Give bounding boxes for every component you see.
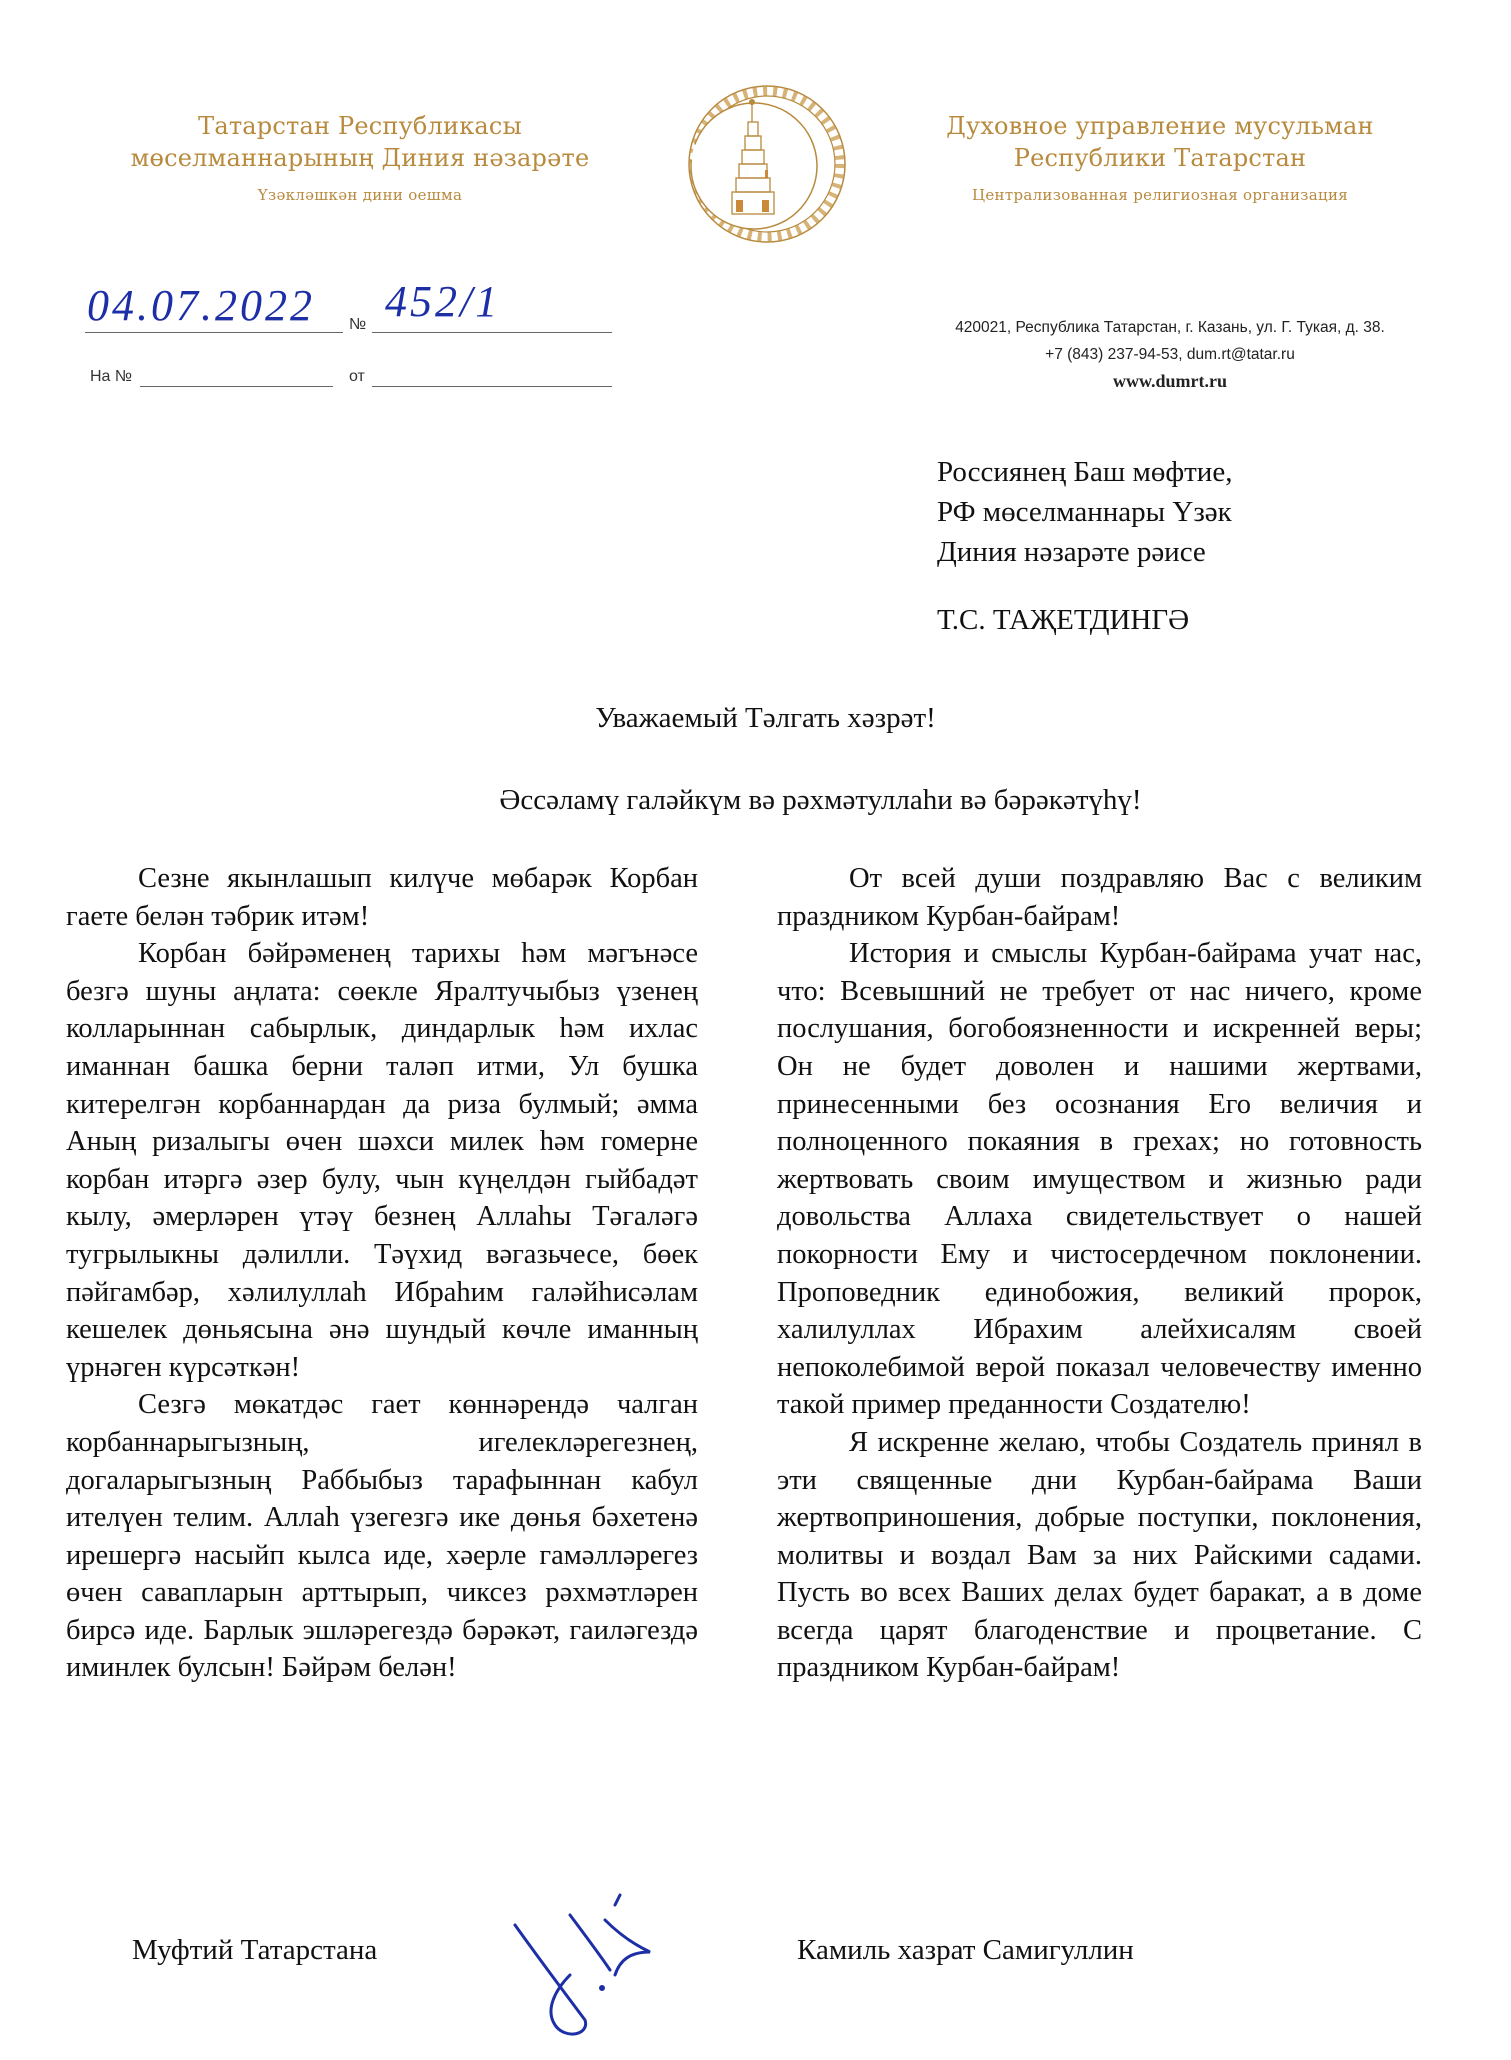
letterhead-tatar-title-2: мөселманнарының Диния нәзарәте bbox=[80, 142, 640, 174]
signer-position: Муфтий Татарстана bbox=[132, 1934, 377, 1967]
registration-block: 04.07.2022 № 452/1 На № от bbox=[85, 280, 645, 390]
outgoing-date: 04.07.2022 bbox=[87, 280, 315, 331]
tatar-paragraph: Сезгә мөкатдәс гает көннәрендә чалган ко… bbox=[66, 1386, 698, 1687]
letterhead-russian-title-2: Республики Татарстан bbox=[880, 142, 1440, 174]
reply-to-label: На № bbox=[90, 368, 132, 386]
recipient-block: Россиянең Баш мөфтие, РФ мөселманнары Үз… bbox=[937, 452, 1232, 640]
greeting: Уважаемый Тәлгать хәзрәт! bbox=[0, 702, 1511, 735]
letterhead-tatar-title-1: Татарстан Республикасы bbox=[80, 110, 640, 142]
handwritten-signature-icon bbox=[510, 1890, 730, 2040]
letterhead-russian-subtitle: Централизованная религиозная организация bbox=[880, 184, 1440, 206]
number-label: № bbox=[349, 316, 366, 334]
tatar-text-column: Сезне якынлашып килүче мөбарәк Корбан га… bbox=[66, 860, 698, 1687]
website-link[interactable]: www.dumrt.ru bbox=[900, 368, 1440, 395]
recipient-line-3: Диния нәзарәте рәисе bbox=[937, 532, 1232, 572]
tatar-paragraph: Сезне якынлашып килүче мөбарәк Корбан га… bbox=[66, 860, 698, 935]
tatar-paragraph: Корбан бәйрәменең тарихы һәм мәгънәсе бе… bbox=[66, 935, 698, 1386]
date-underline bbox=[85, 332, 343, 333]
contact-block: 420021, Республика Татарстан, г. Казань,… bbox=[900, 314, 1440, 395]
russian-text-column: От всей души поздравляю Вас с великим пр… bbox=[777, 860, 1422, 1687]
address: 420021, Республика Татарстан, г. Казань,… bbox=[900, 314, 1440, 341]
recipient-line-1: Россиянең Баш мөфтие, bbox=[937, 452, 1232, 492]
outgoing-number: 452/1 bbox=[385, 276, 500, 327]
letterhead-tatar: Татарстан Республикасы мөселманнарының Д… bbox=[80, 110, 640, 206]
from-underline bbox=[372, 386, 612, 387]
reply-to-underline bbox=[140, 386, 333, 387]
crescent-minaret-emblem-icon bbox=[672, 82, 847, 247]
letterhead-tatar-subtitle: Үзәкләшкән дини оешма bbox=[80, 184, 640, 206]
letterhead-russian: Духовное управление мусульман Республики… bbox=[880, 110, 1440, 206]
russian-paragraph: История и смыслы Курбан-байрама учат нас… bbox=[777, 935, 1422, 1424]
letterhead-russian-title-1: Духовное управление мусульман bbox=[880, 110, 1440, 142]
from-label: от bbox=[349, 368, 365, 386]
phone-email: +7 (843) 237-94-53, dum.rt@tatar.ru bbox=[900, 341, 1440, 368]
russian-paragraph: От всей души поздравляю Вас с великим пр… bbox=[777, 860, 1422, 935]
blessing: Әссәламү галәйкүм вә рәхмәтуллаһи вә бәр… bbox=[0, 784, 1511, 817]
recipient-name: Т.С. ТАҖЕТДИНГӘ bbox=[937, 600, 1232, 640]
number-underline bbox=[372, 332, 612, 333]
recipient-line-2: РФ мөселманнары Үзәк bbox=[937, 492, 1232, 532]
russian-paragraph: Я искренне желаю, чтобы Создатель принял… bbox=[777, 1424, 1422, 1687]
signer-name: Камиль хазрат Самигуллин bbox=[797, 1934, 1134, 1967]
